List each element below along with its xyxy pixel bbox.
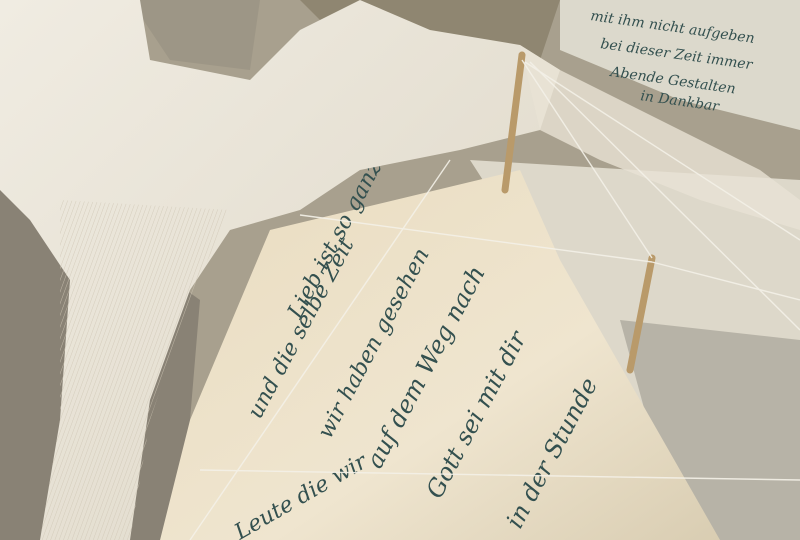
sculpture-illustration: mit ihm nicht aufgeben bei dieser Zeit i… (0, 0, 800, 540)
photo-scene: mit ihm nicht aufgeben bei dieser Zeit i… (0, 0, 800, 540)
